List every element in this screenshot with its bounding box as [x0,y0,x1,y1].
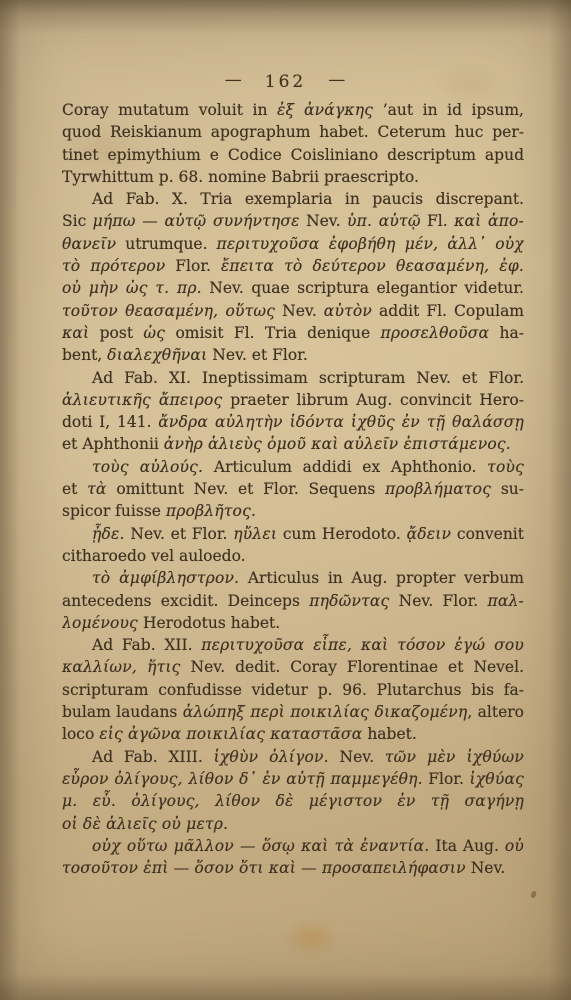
greek-text-segment: ἰχθὺν ὀλίγον. [214,748,329,766]
greek-text-segment: προβλῆτος. [166,502,256,520]
text-line: εὗρον ὀλίγους, λίθον δ᾽ ἐν αὐτῇ παμμεγέθ… [62,768,524,790]
latin-text-segment: Ita Aug. [429,837,504,855]
text-line: οὐχ οὕτω μᾶλλον — ὅσῳ καὶ τὰ ἐναντία. It… [62,835,524,857]
latin-text-segment: Nev. et Flor. [125,525,234,543]
latin-text-segment: ha- [489,324,524,342]
book-page: —162— Coray mutatum voluit in ἐξ ἀνάγκης… [0,0,571,1000]
text-line: spicor fuisse προβλῆτος. [62,500,524,522]
greek-text-segment: πηδῶντας [309,592,389,610]
greek-text-segment: εὗρον ὀλίγους, λίθον δ᾽ ἐν αὐτῇ παμμεγέθ… [62,770,423,788]
greek-text-segment: ηὔλει [233,525,277,543]
latin-text-segment: spicor fuisse [62,502,166,520]
latin-text-segment: Coray mutatum voluit in [62,101,277,119]
text-line: Ad Fab. XI. Ineptissimam scripturam Nev.… [62,367,524,389]
greek-text-segment: οἱ δὲ ἁλιεῖς οὐ μετρ. [62,815,228,833]
latin-text-segment: antecedens excidit. Deinceps [62,592,309,610]
text-line: οἱ δὲ ἁλιεῖς οὐ μετρ. [62,813,524,835]
text-line: μ. εὗ. ὀλίγους, λίθον δὲ μέγιστον ἐν τῇ … [62,790,524,812]
text-line: καλλίων, ἥτις Nev. dedit. Coray Florenti… [62,656,524,678]
text-line: θανεῖν utrumque. περιτυχοῦσα ἐφοβήθη μέν… [62,233,524,255]
greek-text-segment: ᾖδε. [92,525,125,543]
greek-text-segment: θανεῖν [62,235,116,253]
greek-text-segment: τοὺς [487,458,524,476]
greek-text-segment: προβλήματος [385,480,491,498]
latin-text-segment: omittunt Nev. et Flor. Sequens [107,480,385,498]
greek-text-segment: καὶ [62,324,89,342]
greek-text-segment: εἰς ἀγῶνα ποικιλίας καταστᾶσα [99,725,362,743]
greek-text-segment: τὸ πρότερον [62,257,165,275]
greek-text-segment: ἰχθύας [469,770,524,788]
latin-text-segment: Sic [62,212,93,230]
text-line: tinet epimythium e Codice Coisliniano de… [62,144,524,166]
text-line: loco εἰς ἀγῶνα ποικιλίας καταστᾶσα habet… [62,723,524,745]
greek-text-segment: τοσοῦτον ἐπὶ — ὅσον ὅτι καὶ — προσαπειλή… [62,859,466,877]
latin-text-segment: Articulum addidi ex Aphthonio. [203,458,487,476]
text-line: ἁλιευτικῆς ἄπειρος praeter librum Aug. c… [62,389,524,411]
body-text: Coray mutatum voluit in ἐξ ἀνάγκης ’aut … [62,99,524,879]
greek-text-segment: διαλεχθῆναι [107,346,207,364]
greek-text-segment: ὡς [143,324,165,342]
latin-text-segment: Nev. dedit. Coray Florentinae et Nevel. [181,658,524,676]
greek-text-segment: περιτυχοῦσα εἶπε, καὶ τόσον ἐγώ σου [201,636,524,654]
text-line: bulam laudans ἀλώπηξ περὶ ποικιλίας δικα… [62,701,524,723]
text-line: Tyrwhittum p. 68. nomine Babrii praescri… [62,166,524,188]
greek-text-segment: ἄνδρα αὐλητὴν ἰδόντα ἰχθῦς ἐν τῇ θαλάσσῃ [158,413,524,431]
text-line: et τὰ omittunt Nev. et Flor. Sequens προ… [62,478,524,500]
greek-text-segment: παλ- [487,592,524,610]
greek-text-segment: ὑπ. αὐτῷ [347,212,421,230]
latin-text-segment: post [89,324,143,342]
latin-text-segment: omisit Fl. Tria denique [165,324,380,342]
latin-text-segment: utrumque. [116,235,216,253]
greek-text-segment: ἐξ ἀνάγκης [277,101,373,119]
greek-text-segment: μήπω — αὐτῷ συνήντησε [93,212,300,230]
text-line: et Aphthonii ἀνὴρ ἁλιεὺς ὁμοῦ καὶ αὐλεῖν… [62,433,524,455]
header-dash-right: — [328,70,346,90]
latin-text-segment: praeter librum Aug. convincit Hero- [222,391,524,409]
greek-text-segment: τῶν μὲν ἰχθύων [385,748,524,766]
greek-text-segment: ἁλιευτικῆς ἄπειρος [62,391,222,409]
latin-text-segment: Flor. [165,257,220,275]
page-number: 162 [265,72,306,92]
latin-text-segment: scripturam confudisse videtur p. 96. Plu… [62,681,524,699]
greek-text-segment: λομένους [62,614,138,632]
text-line: λομένους Herodotus habet. [62,612,524,634]
latin-text-segment: Nev. [466,859,506,877]
latin-text-segment: Ad Fab. XI. Ineptissimam scripturam Nev.… [92,369,524,387]
latin-text-segment: quod Reiskianum apographum habet. Ceteru… [62,123,524,141]
scan-edge-shadow [0,974,571,1000]
ink-speck [530,890,537,898]
latin-text-segment: tinet epimythium e Codice Coisliniano de… [62,146,524,164]
text-line: τοσοῦτον ἐπὶ — ὅσον ὅτι καὶ — προσαπειλή… [62,857,524,879]
greek-text-segment: αὐτὸν [324,302,372,320]
text-line: Ad Fab. XII. περιτυχοῦσα εἶπε, καὶ τόσον… [62,634,524,656]
greek-text-segment: μ. εὗ. ὀλίγους, λίθον δὲ μέγιστον ἐν τῇ … [62,792,524,812]
latin-text-segment: Nev. quae scriptura elegantior videtur. [202,279,524,297]
text-line: τοῦτον θεασαμένη, οὕτως Nev. αὐτὸν addit… [62,300,524,322]
latin-text-segment: et Aphthonii [62,435,164,453]
text-line: quod Reiskianum apographum habet. Ceteru… [62,121,524,143]
greek-text-segment: καλλίων, ἥτις [62,658,181,676]
scan-edge-shadow [549,0,571,1000]
latin-text-segment: su- [491,480,524,498]
text-line: Ad Fab. XIII. ἰχθὺν ὀλίγον. Nev. τῶν μὲν… [62,746,524,768]
latin-text-segment: Nev. [300,212,347,230]
latin-text-segment: Ad Fab. XII. [92,636,201,654]
latin-text-segment: Nev. [329,748,385,766]
latin-text-segment: Fl. [421,212,454,230]
latin-text-segment: Tyrwhittum p. 68. nomine Babrii praescri… [62,168,419,186]
text-line: doti I, 141. ἄνδρα αὐλητὴν ἰδόντα ἰχθῦς … [62,411,524,433]
text-line: τοὺς αὐλούς. Articulum addidi ex Aphthon… [62,456,524,478]
latin-text-segment: cum Herodoto. [277,525,406,543]
latin-text-segment: , altero [467,703,524,721]
latin-text-segment: convenit [451,525,524,543]
paper-stain [282,918,340,958]
text-line: citharoedo vel auloedo. [62,545,524,567]
header-dash-left: — [225,70,243,90]
text-line: bent, διαλεχθῆναι Nev. et Flor. [62,344,524,366]
greek-text-segment: καὶ ἀπο- [454,212,524,230]
latin-text-segment: Nev. et Flor. [207,346,307,364]
text-line: οὐ μὴν ὡς τ. πρ. Nev. quae scriptura ele… [62,277,524,299]
latin-text-segment: habet. [362,725,416,743]
scan-edge-shadow [0,0,20,1000]
text-line: Ad Fab. X. Tria exemplaria in paucis dis… [62,188,524,210]
latin-text-segment: Ad Fab. X. Tria exemplaria in paucis dis… [92,190,524,208]
latin-text-segment: ’aut in id ipsum, [373,101,524,119]
greek-text-segment: ἀνὴρ ἁλιεὺς ὁμοῦ καὶ αὐλεῖν ἐπιστάμενος. [164,435,511,453]
greek-text-segment: τὸ ἀμφίβληστρον. [92,569,239,587]
text-line: scripturam confudisse videtur p. 96. Plu… [62,679,524,701]
greek-text-segment: ἀλώπηξ περὶ ποικιλίας δικαζομένη [183,703,468,721]
text-line: ᾖδε. Nev. et Flor. ηὔλει cum Herodoto. ᾄ… [62,523,524,545]
text-line: καὶ post ὡς omisit Fl. Tria denique προσ… [62,322,524,344]
greek-text-segment: τὰ [87,480,106,498]
latin-text-segment: Nev. Flor. [389,592,487,610]
latin-text-segment: et [62,480,87,498]
latin-text-segment: bent, [62,346,107,364]
greek-text-segment: οὐχ οὕτω μᾶλλον — ὅσῳ καὶ τὰ ἐναντία. [92,837,429,855]
scan-edge-shadow [0,0,571,34]
text-line: Coray mutatum voluit in ἐξ ἀνάγκης ’aut … [62,99,524,121]
greek-text-segment: οὐ [505,837,524,855]
latin-text-segment: citharoedo vel auloedo. [62,547,246,565]
greek-text-segment: ᾄδειν [407,525,452,543]
latin-text-segment: Herodotus habet. [138,614,280,632]
latin-text-segment: loco [62,725,99,743]
greek-text-segment: προσελθοῦσα [381,324,490,342]
greek-text-segment: τοὺς αὐλούς. [92,458,203,476]
latin-text-segment: Flor. [423,770,470,788]
text-line: antecedens excidit. Deinceps πηδῶντας Ne… [62,590,524,612]
latin-text-segment: Nev. [275,302,324,320]
latin-text-segment: Ad Fab. XIII. [92,748,214,766]
greek-text-segment: τοῦτον θεασαμένη, οὕτως [62,302,275,320]
text-line: τὸ πρότερον Flor. ἔπειτα τὸ δεύτερον θεα… [62,255,524,277]
latin-text-segment: Articulus in Aug. propter verbum [239,569,524,587]
text-line: τὸ ἀμφίβληστρον. Articulus in Aug. propt… [62,567,524,589]
latin-text-segment: addit Fl. Copulam [372,302,524,320]
page-header: —162— [0,72,571,92]
text-line: Sic μήπω — αὐτῷ συνήντησε Nev. ὑπ. αὐτῷ … [62,210,524,232]
latin-text-segment: bulam laudans [62,703,183,721]
latin-text-segment: doti I, 141. [62,413,158,431]
greek-text-segment: οὐ μὴν ὡς τ. πρ. [62,279,202,297]
